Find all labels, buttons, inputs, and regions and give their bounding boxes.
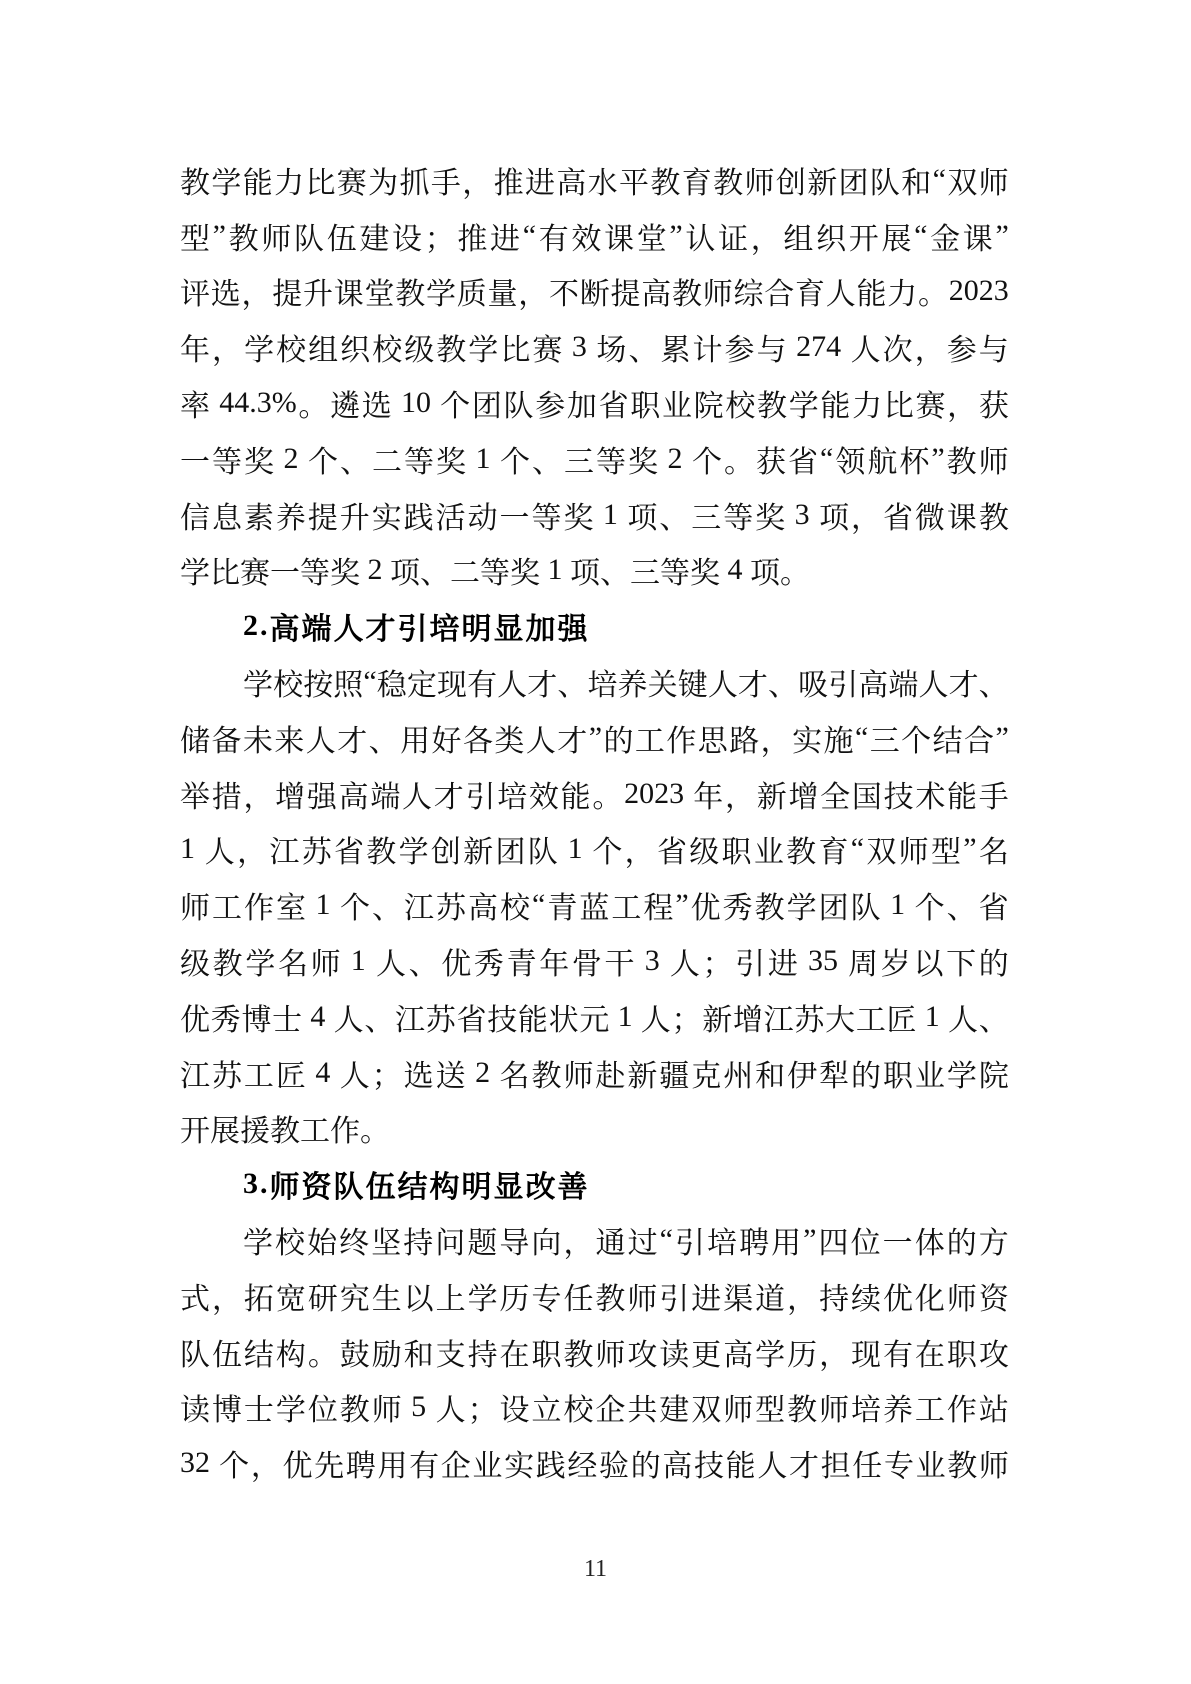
heading-line: 2.高端人才引培明显加强 [180, 598, 1009, 654]
body-text-line: 率 44.3%。遴选 10 个团队参加省职业院校教学能力比赛，获 [180, 375, 1009, 431]
body-text-line: 队伍结构。鼓励和支持在职教师攻读更高学历，现有在职攻 [180, 1324, 1009, 1380]
body-text-line: 举措，增强高端人才引培效能。2023 年，新增全国技术能手 [180, 766, 1009, 822]
body-text-line: 信息素养提升实践活动一等奖 1 项、三等奖 3 项，省微课教 [180, 487, 1009, 543]
body-text-line: 年，学校组织校级教学比赛 3 场、累计参与 274 人次，参与 [180, 319, 1009, 375]
body-text-line: 型”教师队伍建设；推进“有效课堂”认证，组织开展“金课” [180, 208, 1009, 264]
body-text-line: 教学能力比赛为抓手，推进高水平教育教师创新团队和“双师 [180, 152, 1009, 208]
document-page: 教学能力比赛为抓手，推进高水平教育教师创新团队和“双师型”教师队伍建设；推进“有… [0, 0, 1191, 1684]
body-text-line: 开展援教工作。 [180, 1101, 1009, 1157]
body-text-line: 学校始终坚持问题导向，通过“引培聘用”四位一体的方 [180, 1212, 1009, 1268]
body-text-line: 32 个，优先聘用有企业实践经验的高技能人才担任专业教师 [180, 1435, 1009, 1491]
body-text-line: 学校按照“稳定现有人才、培养关键人才、吸引高端人才、 [180, 654, 1009, 710]
body-text-line: 江苏工匠 4 人；选送 2 名教师赴新疆克州和伊犁的职业学院 [180, 1045, 1009, 1101]
body-text-line: 一等奖 2 个、二等奖 1 个、三等奖 2 个。获省“领航杯”教师 [180, 431, 1009, 487]
body-text-line: 级教学名师 1 人、优秀青年骨干 3 人；引进 35 周岁以下的 [180, 933, 1009, 989]
heading-line: 3.师资队伍结构明显改善 [180, 1156, 1009, 1212]
body-text-line: 储备未来人才、用好各类人才”的工作思路，实施“三个结合” [180, 710, 1009, 766]
body-text-line: 1 人，江苏省教学创新团队 1 个，省级职业教育“双师型”名 [180, 822, 1009, 878]
body-text-line: 师工作室 1 个、江苏高校“青蓝工程”优秀教学团队 1 个、省 [180, 877, 1009, 933]
body-text-line: 评选，提升课堂教学质量，不断提高教师综合育人能力。2023 [180, 264, 1009, 320]
body-text-line: 式，拓宽研究生以上学历专任教师引进渠道，持续优化师资 [180, 1268, 1009, 1324]
body-text-line: 优秀博士 4 人、江苏省技能状元 1 人；新增江苏大工匠 1 人、 [180, 989, 1009, 1045]
body-text-line: 读博士学位教师 5 人；设立校企共建双师型教师培养工作站 [180, 1380, 1009, 1436]
body-text-line: 学比赛一等奖 2 项、二等奖 1 项、三等奖 4 项。 [180, 543, 1009, 599]
text-block: 教学能力比赛为抓手，推进高水平教育教师创新团队和“双师型”教师队伍建设；推进“有… [180, 152, 1009, 1491]
page-number: 11 [0, 1556, 1191, 1583]
